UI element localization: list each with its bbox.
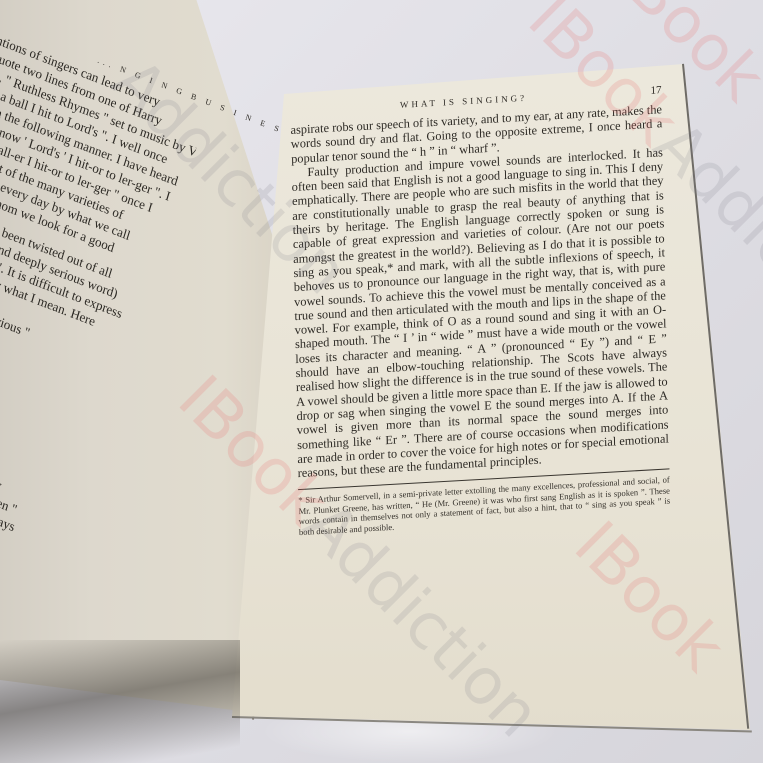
paragraph-vowels: Faulty production and impure vowel sound… xyxy=(291,145,669,480)
body-text: aspirate robs our speech of its variety,… xyxy=(290,102,669,480)
page-number: 17 xyxy=(650,84,661,97)
page-curl-shadow xyxy=(0,640,240,763)
right-page-text: WHAT IS SINGING? 17 aspirate robs our sp… xyxy=(290,84,670,537)
